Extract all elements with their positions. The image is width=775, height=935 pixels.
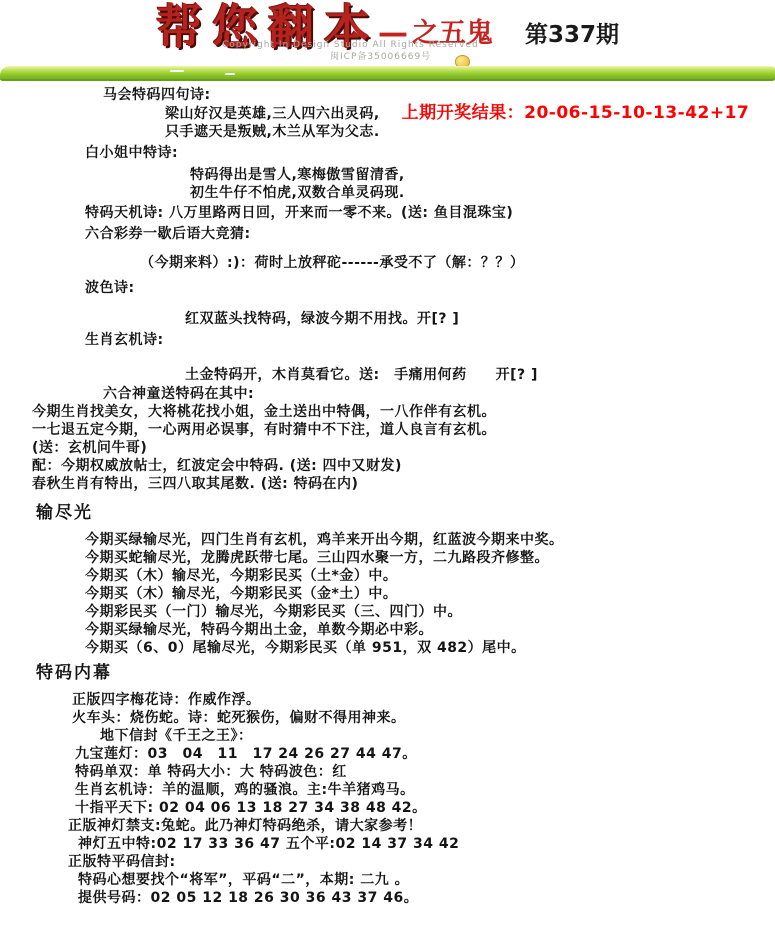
neimu-line-numbers: 提供号码：02 05 12 18 26 30 36 43 37 46。 (78, 889, 775, 907)
neimu-line-shendeng-numbers: 神灯五中特:02 17 33 36 47 五个平:02 14 37 34 42 (78, 835, 775, 853)
shujinguang-line: 今期彩民买（一门）输尽光，今期彩民买（三、四门）中。 (85, 603, 775, 621)
xiehouyu-line: （今期来料）:)：荷时上放秤砣------承受不了（解：？？） (140, 254, 775, 272)
shentong-line: 春秋生肖有特出，三四八取其尾数. (送: 特码在内) (32, 475, 775, 493)
section-heading-shentong: 六合神童送特码在其中: (103, 385, 775, 403)
neimu-line-jiubaoliandeng: 九宝莲灯：03 04 11 17 24 26 27 44 47。 (75, 745, 775, 763)
last-draw-result-numbers: 20-06-15-10-13-42+17 (524, 103, 749, 123)
shentong-line: (送：玄机问牛哥) (32, 439, 775, 457)
neimu-line-shizhi: 十指平天下: 02 04 06 13 18 27 34 38 48 42。 (75, 799, 775, 817)
neimu-line-jiangjun: 特码心想要找个“将军”，平码“二”，本期: 二九 。 (78, 871, 775, 889)
lottery-tip-sheet: { "header": { "title": "帮您翻本", "title_da… (0, 0, 775, 935)
shentong-line: 配：今期权威放帖士，红波定会中特码. (送: 四中又财发) (32, 457, 775, 475)
last-draw-result: 上期开奖结果：20-06-15-10-13-42+17 (402, 104, 750, 123)
poem-line: 初生牛仔不怕虎,双数合单灵码现. (190, 184, 775, 202)
page-header: 帮您翻本 — 之五鬼 第337期 Copyright In Design Stu… (0, 0, 775, 64)
shujinguang-line: 今期买（木）输尽光，今期彩民买（土*金）中。 (85, 567, 775, 585)
section-heading-shengxiao: 生肖玄机诗: (85, 331, 775, 349)
tianji-poem-line: 特码天机诗: 八万里路两日回，开来而一零不来。(送: 鱼目混珠宝) (85, 204, 775, 222)
neimu-line: 正版四字梅花诗：作威作浮。 (72, 691, 775, 709)
grass-banner (0, 66, 775, 81)
shujinguang-line: 今期买（6、0）尾输尽光，今期彩民买（单 951，双 482）尾中。 (85, 639, 775, 657)
sheet-body: 马会特码四句诗: 梁山好汉是英雄,三人四六出灵码, 上期开奖结果：20-06-1… (0, 80, 775, 907)
shujinguang-line: 今期买绿输尽光，特码今期出土金，单数今期必中彩。 (85, 621, 775, 639)
shujinguang-line: 今期买绿输尽光，四门生肖有玄机，鸡羊来开出今期，红蓝波今期来中奖。 (85, 531, 775, 549)
poem-line: 只手遮天是叛贼,木兰从军为父志. (165, 123, 775, 141)
poem-and-result-row: 梁山好汉是英雄,三人四六出灵码, 上期开奖结果：20-06-15-10-13-4… (0, 104, 775, 123)
neimu-line-shendeng-ban: 正版神灯禁支:兔蛇。此乃神灯特码绝杀，请大家参考！ (68, 817, 775, 835)
shentong-line: 一七退五定今期，一心两用必误事，有时猜中不下注，道人良言有玄机。 (32, 421, 775, 439)
grass-highlight (225, 73, 235, 75)
section-heading-neimu: 特码内幕 (36, 661, 775, 685)
section-heading-shujinguang: 输尽光 (36, 501, 775, 525)
shengxiao-poem-line: 土金特码开，木肖莫看它。送: 手痛用何药 开[? ] (185, 366, 775, 384)
neimu-line-xuanji: 生肖玄机诗：羊的温顺，鸡的骚浪。主:牛羊猪鸡马。 (75, 781, 775, 799)
issue-number: 第337期 (525, 18, 619, 52)
last-draw-result-label: 上期开奖结果： (402, 103, 525, 123)
copyright-watermark: Copyright In Design Studio All Rights Re… (222, 40, 479, 51)
neimu-line: 地下信封《千王之王》： (100, 727, 775, 745)
shujinguang-line: 今期买蛇输尽光，龙腾虎跃带七尾。三山四水聚一方，二九路段齐修整。 (85, 549, 775, 567)
neimu-line-xinfeng: 正版特平码信封: (68, 853, 775, 871)
grass-highlight (170, 70, 184, 72)
section-heading-four-line-poem: 马会特码四句诗: (103, 86, 775, 104)
poem-line: 特码得出是雪人,寒梅傲雪留清香, (190, 166, 775, 184)
bose-poem-line: 红双蓝头找特码，绿波今期不用找。开[? ] (185, 310, 775, 328)
neimu-line-danshuang: 特码单双：单 特码大小：大 特码波色：红 (75, 763, 775, 781)
neimu-line: 火车头：烧伤蛇。诗：蛇死猴伤，偏财不得用神来。 (72, 709, 775, 727)
section-heading-bose: 波色诗: (85, 279, 775, 297)
icp-watermark: 闽ICP备35006669号 (330, 52, 431, 63)
section-heading-baixiaojie: 白小姐中特诗: (85, 144, 775, 162)
shentong-line: 今期生肖找美女，大将桃花找小姐，金土送出中特偶，一八作伴有玄机。 (32, 403, 775, 421)
poem-line: 梁山好汉是英雄,三人四六出灵码, (165, 105, 380, 123)
shujinguang-line: 今期买（木）输尽光，今期彩民买（金*土）中。 (85, 585, 775, 603)
section-heading-xiehouyu: 六合彩券一歇后语大竞猜: (85, 225, 775, 243)
